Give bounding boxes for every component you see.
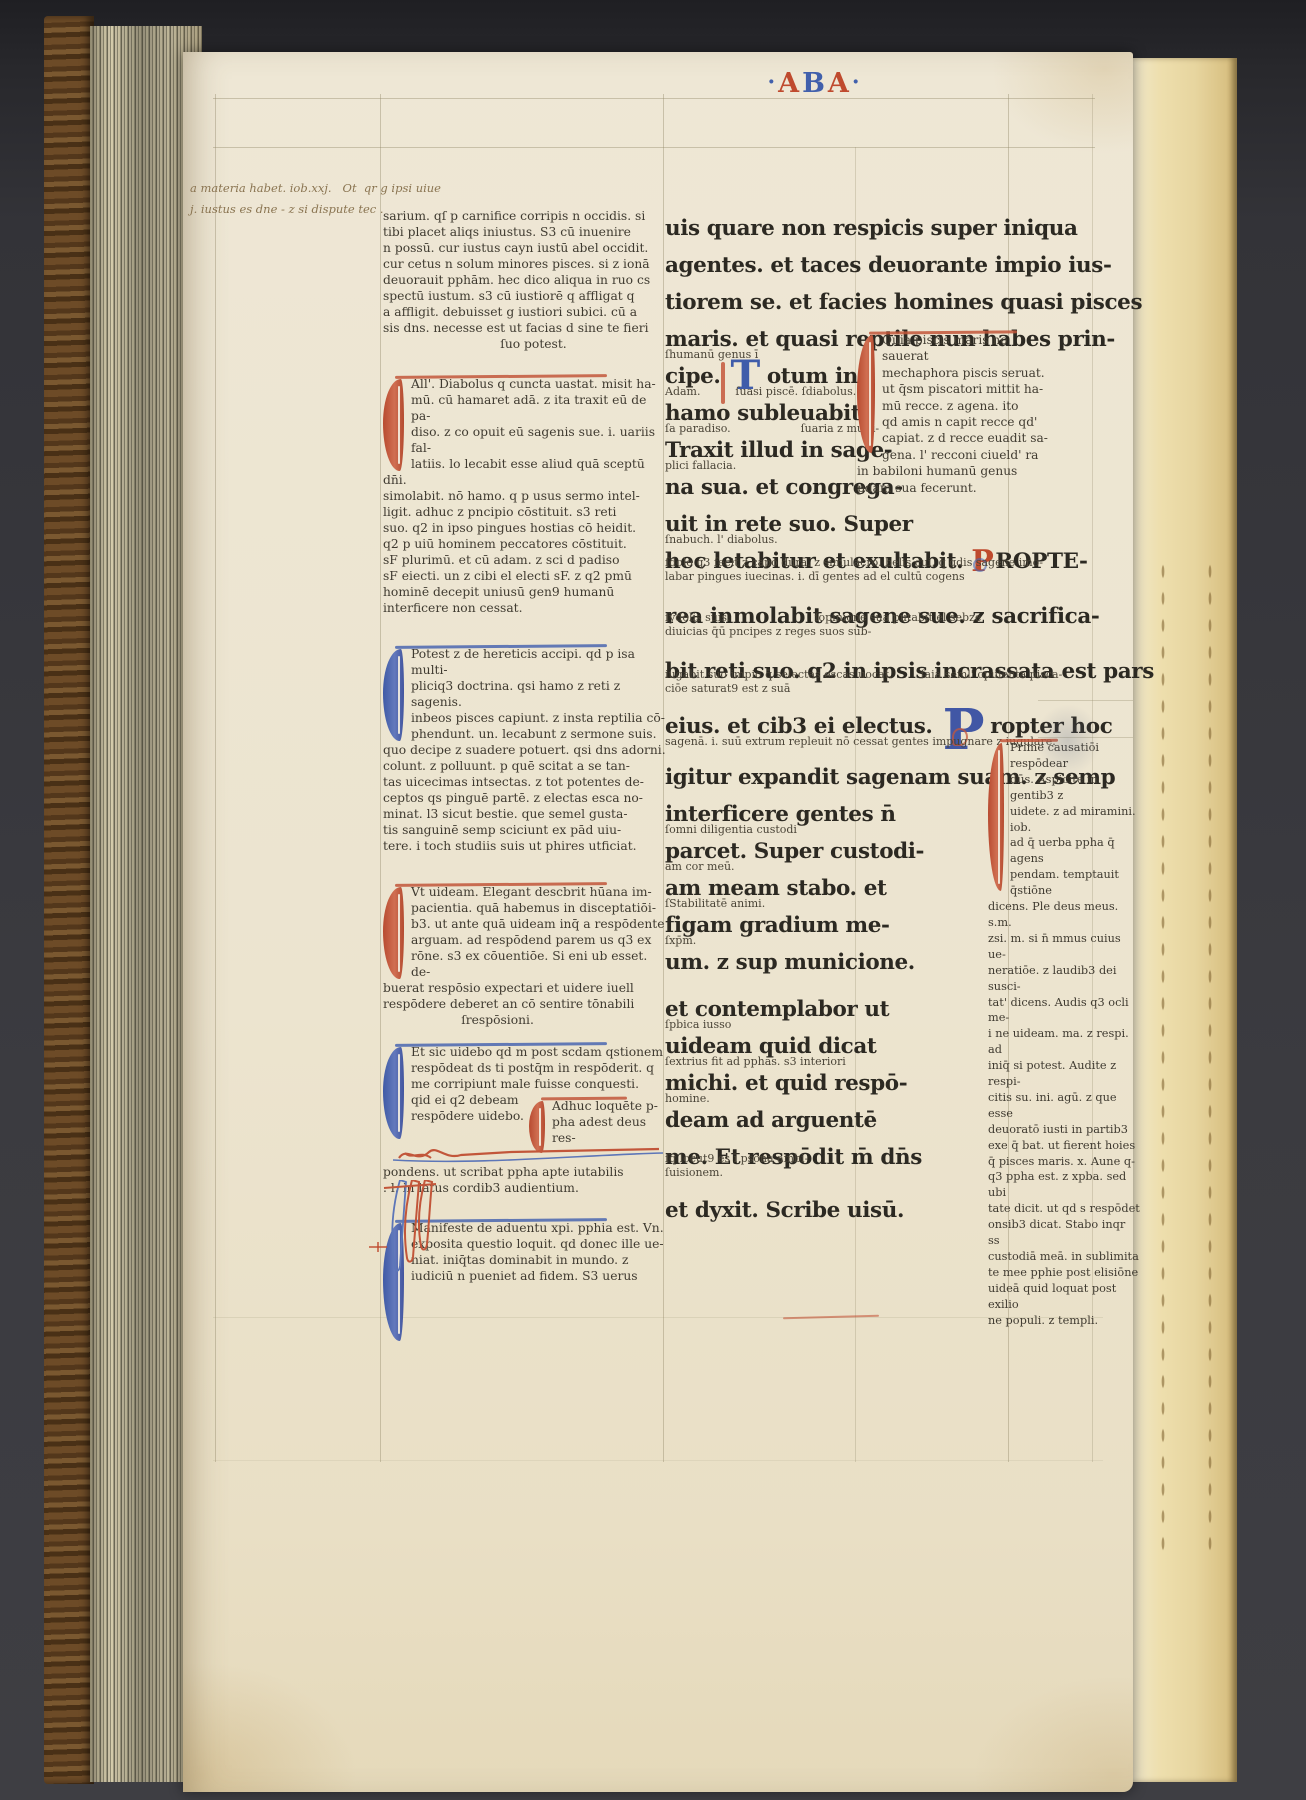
commentary-text: Vt uideam. Elegant descbrit hūana im- pa…	[383, 884, 667, 1028]
line-text: iugabit suo impio q̄ selectas escas uoca…	[665, 668, 1062, 681]
paraph-dot: ·	[767, 69, 778, 95]
line-text: ſdolo q3 fecit z capo durā. z simulacro.…	[665, 556, 1043, 569]
text-line: tiorem se. et facies homines quasi pisce…	[665, 284, 1137, 321]
line-text: figam gradium me-	[665, 913, 890, 938]
running-title: ·ABA·	[745, 68, 885, 99]
parchment-page: ·ABA· a materia habet. iob.xxj. Ot qr g …	[183, 52, 1133, 1792]
commentary-text: All'. Diabolus q cuncta uastat. misit ha…	[383, 376, 667, 616]
line-filler-flourish	[391, 1142, 671, 1168]
commentary-paragraph: sarium. qſ p carnifice corripis n occidi…	[383, 208, 667, 352]
pricking-marks	[1207, 558, 1213, 1558]
line-text: deam ad arguentē	[665, 1108, 877, 1133]
line-text: ſydolis suis. ſopinione sua putabit el s…	[665, 611, 981, 624]
line-text: uis quare non respicis super iniqua	[665, 216, 1078, 241]
ink-stain	[1035, 704, 1101, 776]
commentary-column-right-top: Quia piscis maris no sauerat mechaphora …	[857, 332, 1053, 496]
line-text: ciōe saturat9 est z suā	[665, 682, 790, 695]
text-line: uis quare non respicis super iniqua	[665, 210, 1137, 247]
line-text: ſuisionem.	[665, 1166, 723, 1179]
commentary-paragraph: Potest z de hereticis accipi. qd p isa m…	[383, 646, 667, 854]
paraph-dot: ·	[852, 69, 863, 95]
margin-cross-mark	[369, 1242, 387, 1252]
commentary-text: sarium. qſ p carnifice corripis n occidi…	[383, 208, 667, 352]
line-text: ſq̄ locut9 es ī psona ambi-	[665, 1152, 808, 1165]
commentary-column-right-bottom: Prime causatiōi respōdear dūs. Aspicite …	[988, 740, 1140, 1329]
commentary-text: Prime causatiōi respōdear dūs. Aspicite …	[988, 740, 1140, 1329]
line-text: um. z sup municione.	[665, 950, 915, 975]
commentary-paragraph: Adhuc loquēte p- pha adest deus res-	[529, 1098, 667, 1146]
underlying-page-edge	[1133, 58, 1237, 1782]
line-text: et dyxit. Scribe uisū.	[665, 1198, 904, 1223]
line-text: diuicias q̄ū pncipes z reges suos sub-	[665, 625, 871, 638]
commentary-text: Adhuc loquēte p- pha adest deus res-	[529, 1098, 667, 1146]
line-text: agentes. et taces deuorante impio ius-	[665, 253, 1112, 278]
ruling-line	[213, 1460, 1103, 1461]
book-cover-spine	[44, 16, 94, 1784]
commentary-text: Potest z de hereticis accipi. qd p isa m…	[383, 646, 667, 854]
commentary-column-left: sarium. qſ p carnifice corripis n occidi…	[383, 208, 667, 1341]
text-line: agentes. et taces deuorante impio ius-	[665, 247, 1137, 284]
decorated-initial: T	[730, 366, 759, 386]
commentary-paragraph: All'. Diabolus q cuncta uastat. misit ha…	[383, 376, 667, 616]
ruling-line	[213, 147, 1095, 148]
ruling-line	[213, 98, 1095, 99]
line-text: labar pingues iuecinas. i. dī gentes ad …	[665, 570, 965, 583]
pricking-marks	[1160, 558, 1166, 1558]
running-title-letter: B	[802, 68, 828, 99]
line-text: tiorem se. et facies homines quasi pisce…	[665, 290, 1142, 315]
ruling-line	[215, 94, 216, 1462]
commentary-paragraph: Vt uideam. Elegant descbrit hūana im- pa…	[383, 884, 667, 1028]
commentary-text: Quia piscis maris no sauerat mechaphora …	[857, 332, 1053, 496]
running-title-letter: A	[828, 68, 852, 99]
descender-flourish	[378, 1180, 442, 1276]
red-stroke-mark	[783, 1315, 879, 1320]
running-title-letter: A	[778, 68, 802, 99]
